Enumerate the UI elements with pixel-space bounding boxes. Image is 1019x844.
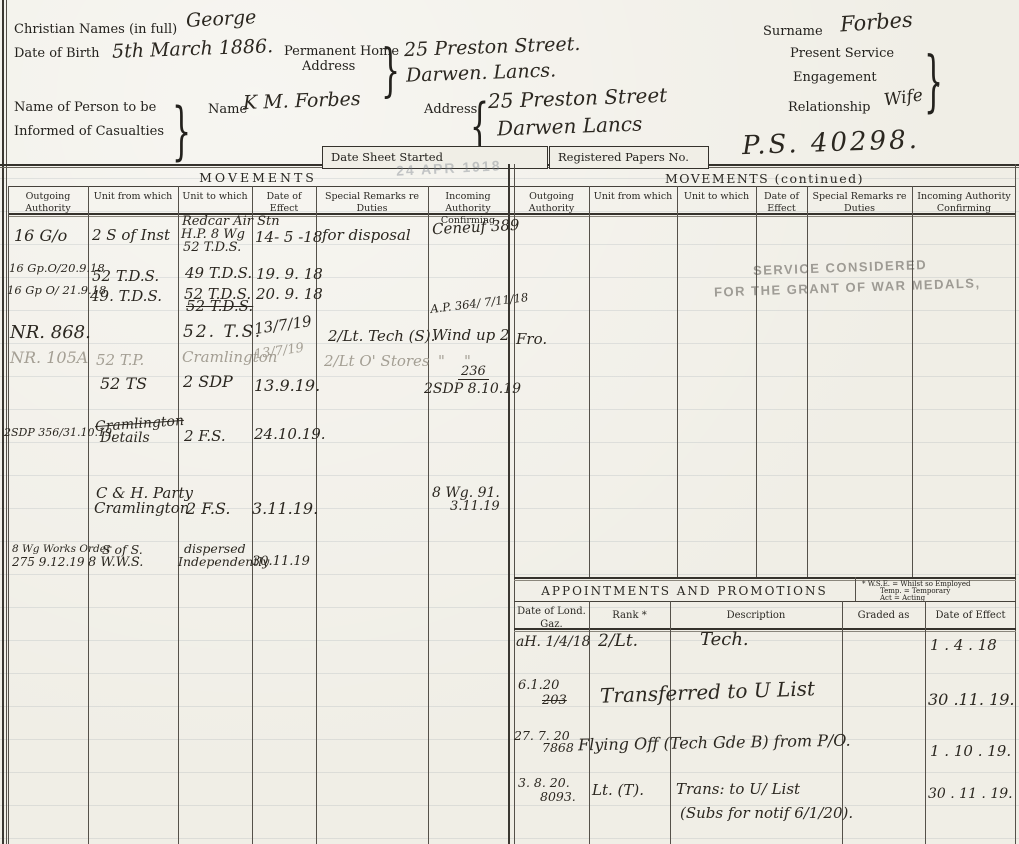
appointments-title: APPOINTMENTS AND PROMOTIONS bbox=[514, 584, 855, 598]
mr-colhead-incoming: Incoming Authority Confirming bbox=[912, 191, 1016, 215]
registered-papers-box: Registered Papers No. bbox=[549, 146, 709, 169]
appt-r3-gaz-2: 7868 bbox=[542, 740, 574, 755]
appt-r2-desc: Transferred to U List bbox=[600, 676, 816, 707]
ml-r4-remarks: 2/Lt. Tech (S). bbox=[328, 327, 435, 345]
name-value: K M. Forbes bbox=[243, 88, 361, 114]
appt-r2-gaz-1: 6.1.20 bbox=[518, 678, 559, 693]
appt-r4-desc-1: Trans: to U/ List bbox=[676, 780, 800, 798]
appt-vline-2 bbox=[670, 601, 671, 844]
ml-r4-incoming: Wind up 2 bbox=[432, 326, 510, 344]
ml-r1-outgoing: 16 G/o bbox=[14, 226, 67, 245]
appt-r3-desc: Flying Off (Tech Gde B) from P/O. bbox=[578, 731, 851, 755]
ml-vline-5 bbox=[428, 186, 429, 844]
ml-r6-incoming-correction: 236 bbox=[458, 364, 489, 380]
ml-r6-incoming: 2SDP 8.10.19 bbox=[424, 381, 521, 397]
ml-r1-date: 14- 5 -18 bbox=[255, 228, 322, 246]
relationship-value: Wife bbox=[883, 85, 924, 110]
ml-r5-remarks: 2/Lt O' Stores bbox=[324, 352, 430, 370]
ml-r9-outgoing-1: 8 Wg Works Order bbox=[12, 543, 111, 555]
ml-colhead-date: Date of Effect bbox=[252, 191, 316, 215]
ml-r9-unitfrom-2: 8 W.W.S. bbox=[88, 555, 143, 570]
appt-colhead-effect: Date of Effect bbox=[925, 610, 1016, 623]
appt-r1-date: 1 . 4 . 18 bbox=[930, 636, 997, 654]
address-sub-label: Address bbox=[302, 59, 355, 74]
casualty-label-line2: Informed of Casualties bbox=[14, 124, 164, 139]
mr-vline-1 bbox=[589, 186, 590, 578]
ml-r4-incoming-overflow: Fro. bbox=[516, 330, 547, 348]
movements-continued-title: MOVEMENTS (continued) bbox=[514, 171, 1015, 186]
ml-vline-right bbox=[508, 164, 510, 844]
ml-r8-incoming-2: 3.11.19 bbox=[450, 499, 500, 514]
christian-names-label: Christian Names (in full) bbox=[14, 22, 177, 37]
appt-r4-date: 30 . 11 . 19. bbox=[928, 786, 1013, 802]
appt-colhead-gaz: Date of Lond. Gaz. bbox=[514, 606, 589, 631]
ml-r9-outgoing-2: 275 9.12.19 bbox=[12, 555, 85, 569]
ml-r1-unitto-3: 52 T.D.S. bbox=[183, 240, 241, 255]
relationship-label: Relationship bbox=[788, 100, 871, 115]
ml-r2-date: 19. 9. 18 bbox=[256, 265, 323, 283]
mr-colhead-remarks: Special Remarks re Duties bbox=[807, 191, 912, 215]
appt-top-line bbox=[514, 577, 1016, 579]
ml-r5-unitfrom: 52 T.P. bbox=[96, 351, 144, 369]
ml-r2-unitto: 49 T.D.S. bbox=[185, 264, 252, 282]
ml-r2-outgoing: 16 Gp.O/20.9.18 bbox=[9, 261, 105, 275]
war-medals-stamp-line2: FOR THE GRANT OF WAR MEDALS, bbox=[714, 275, 981, 299]
casualty-address-line2: Darwen Lancs bbox=[497, 111, 643, 140]
ml-r1-incoming: Ceneuf 389 bbox=[432, 216, 520, 239]
name-label: Name bbox=[208, 102, 247, 117]
war-medals-stamp-line1: SERVICE CONSIDERED bbox=[753, 257, 928, 278]
page-right-line bbox=[1015, 164, 1016, 844]
mr-vline-5 bbox=[912, 186, 913, 578]
appt-r4-gaz-1: 3. 8. 20. bbox=[518, 775, 570, 790]
ml-r4-unitto: 52. T.S. bbox=[183, 322, 262, 342]
ml-r3-unitto-struck: 52 T.D.S. bbox=[186, 297, 253, 315]
casualty-brace: } bbox=[172, 96, 191, 170]
ml-colhead-remarks: Special Remarks re Duties bbox=[316, 191, 428, 215]
ml-r3-unitfrom: 49. T.D.S. bbox=[90, 287, 162, 305]
surname-label: Surname bbox=[763, 24, 823, 39]
present-service-label: Present Service bbox=[790, 46, 894, 61]
ps-number-value: P.S. 40298. bbox=[742, 125, 921, 161]
ml-r5-date: 13/7/19 bbox=[253, 341, 305, 363]
mr-colhead-outgoing: Outgoing Authority bbox=[514, 191, 589, 215]
appt-r3-date: 1 . 10 . 19. bbox=[930, 742, 1011, 760]
mr-colhead-date: Date of Effect bbox=[756, 191, 807, 215]
ml-r8-unitto: 2 F.S. bbox=[186, 499, 230, 518]
appt-colhead-description: Description bbox=[670, 610, 842, 623]
ml-r1-remarks: for disposal bbox=[322, 226, 411, 244]
home-address-line2: Darwen. Lancs. bbox=[406, 59, 557, 86]
mr-vline-3 bbox=[756, 186, 757, 578]
appt-r4-desc-2: (Subs for notif 6/1/20). bbox=[680, 804, 853, 822]
colhead-top-line bbox=[8, 186, 1016, 187]
ml-r8-date: 3.11.19. bbox=[252, 499, 318, 518]
appt-r1-rank: 2/Lt. bbox=[598, 631, 638, 651]
ml-r6-unitto: 2 SDP bbox=[183, 372, 233, 391]
appt-colhead-graded: Graded as bbox=[842, 610, 925, 623]
ml-r4-outgoing: NR. 868. bbox=[10, 322, 91, 343]
appt-colhead-rank: Rank * bbox=[589, 610, 670, 623]
ml-r7-unitto: 2 F.S. bbox=[184, 427, 226, 445]
mr-colhead-unitto: Unit to which bbox=[677, 191, 756, 203]
mr-vline-2 bbox=[677, 186, 678, 578]
engagement-label: Engagement bbox=[793, 70, 877, 85]
ml-colhead-outgoing: Outgoing Authority bbox=[8, 191, 88, 215]
appt-r4-gaz-2: 8093. bbox=[540, 789, 576, 804]
ml-r7-unitfrom-2: Details bbox=[100, 430, 150, 446]
casualty-address-line1: 25 Preston Street bbox=[488, 83, 668, 113]
home-address-line1: 25 Preston Street. bbox=[404, 33, 581, 61]
christian-names-value: George bbox=[185, 6, 256, 32]
ml-r8-unitfrom-2: Cramlington bbox=[94, 499, 189, 517]
registered-papers-label: Registered Papers No. bbox=[558, 150, 689, 164]
service-brace-period: . bbox=[936, 76, 940, 91]
service-brace: } bbox=[924, 44, 943, 121]
service-record-page: Christian Names (in full) George Date of… bbox=[0, 0, 1019, 844]
dob-value: 5th March 1886. bbox=[112, 35, 274, 63]
appt-r1-desc: Tech. bbox=[700, 629, 749, 650]
appt-legend-divider bbox=[855, 577, 856, 601]
ml-r7-date: 24.10.19. bbox=[254, 425, 326, 443]
surname-value: Forbes bbox=[839, 7, 913, 36]
mr-colhead-unitfrom: Unit from which bbox=[589, 191, 677, 203]
movements-title: MOVEMENTS bbox=[8, 170, 508, 185]
appt-r4-rank: Lt. (T). bbox=[592, 781, 644, 799]
appt-vline-4 bbox=[925, 601, 926, 844]
ml-r6-date: 13.9.19. bbox=[254, 376, 320, 395]
ml-colhead-unitfrom: Unit from which bbox=[88, 191, 178, 203]
casualty-label-line1: Name of Person to be bbox=[14, 100, 156, 115]
ml-r4-date: 13/7/19 bbox=[253, 312, 313, 338]
page-edge-line-outer bbox=[2, 0, 4, 844]
page-edge-line-inner bbox=[6, 0, 7, 844]
ml-r1-unitfrom: 2 S of Inst bbox=[92, 226, 170, 244]
mr-vline-4 bbox=[807, 186, 808, 578]
ml-r3-date: 20. 9. 18 bbox=[256, 285, 323, 303]
ml-r6-unitfrom: 52 TS bbox=[100, 374, 147, 393]
appt-r2-date: 30 .11. 19. bbox=[928, 690, 1015, 709]
ml-colhead-unitto: Unit to which bbox=[178, 191, 252, 203]
appt-r2-gaz-2: 203 bbox=[542, 693, 567, 708]
ml-r5-outgoing: NR. 105A bbox=[10, 348, 88, 367]
ml-r9-date: 30.11.19 bbox=[252, 554, 310, 569]
dob-label: Date of Birth bbox=[14, 46, 100, 61]
appt-r1-gaz: aH. 1/4/18 bbox=[516, 634, 591, 650]
home-brace: } bbox=[381, 38, 400, 105]
